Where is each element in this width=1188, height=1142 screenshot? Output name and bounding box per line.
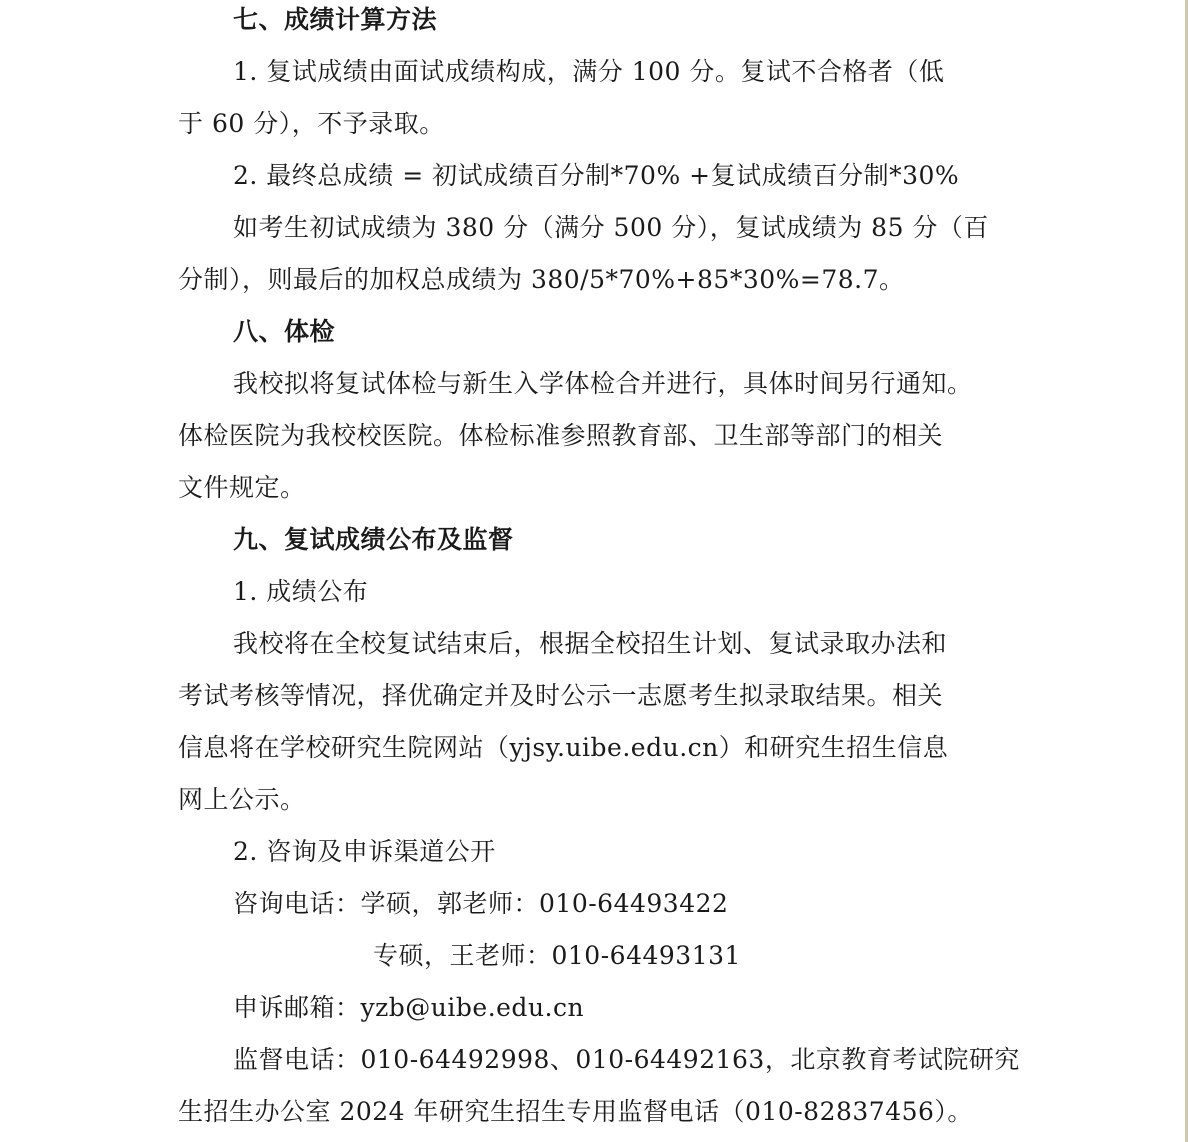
section-7-heading: 七、成绩计算方法 <box>233 0 437 46</box>
consult-phone-professional: 专硕，王老师：010-64493131 <box>373 930 741 982</box>
section-7-item-2: 2. 最终总成绩 = 初试成绩百分制*70% +复试成绩百分制*30% <box>233 150 959 202</box>
consult-phone-academic: 咨询电话：学硕，郭老师：010-64493422 <box>233 878 728 930</box>
appeal-email: 申诉邮箱：yzb@uibe.edu.cn <box>233 982 584 1034</box>
section-9-sub-1-line-2: 考试考核等情况，择优确定并及时公示一志愿考生拟录取结果。相关 <box>178 670 943 722</box>
section-8-heading: 八、体检 <box>233 306 335 358</box>
section-8-para-line-1: 我校拟将复试体检与新生入学体检合并进行，具体时间另行通知。 <box>233 358 973 410</box>
section-7-example-line-1: 如考生初试成绩为 380 分（满分 500 分），复试成绩为 85 分（百 <box>233 202 989 254</box>
section-7-item-1-line-2: 于 60 分），不予录取。 <box>178 98 445 150</box>
section-7-item-1-line-1: 1. 复试成绩由面试成绩构成，满分 100 分。复试不合格者（低 <box>233 46 944 98</box>
supervision-phone-line-1: 监督电话：010-64492998、010-64492163，北京教育考试院研究 <box>233 1034 1020 1086</box>
section-8-para-line-3: 文件规定。 <box>178 462 306 514</box>
supervision-phone-line-2: 生招生办公室 2024 年研究生招生专用监督电话（010-82837456）。 <box>178 1086 973 1138</box>
section-9-sub-1-line-3: 信息将在学校研究生院网站（yjsy.uibe.edu.cn）和研究生招生信息 <box>178 722 948 774</box>
section-7-example-line-2: 分制），则最后的加权总成绩为 380/5*70%+85*30%=78.7。 <box>178 254 905 306</box>
section-9-sub-1-title: 1. 成绩公布 <box>233 566 368 618</box>
section-8-para-line-2: 体检医院为我校校医院。体检标准参照教育部、卫生部等部门的相关 <box>178 410 943 462</box>
section-9-sub-2-title: 2. 咨询及申诉渠道公开 <box>233 826 496 878</box>
section-9-sub-1-line-1: 我校将在全校复试结束后，根据全校招生计划、复试录取办法和 <box>233 618 947 670</box>
section-9-heading: 九、复试成绩公布及监督 <box>233 514 514 566</box>
section-9-sub-1-line-4: 网上公示。 <box>178 774 306 826</box>
